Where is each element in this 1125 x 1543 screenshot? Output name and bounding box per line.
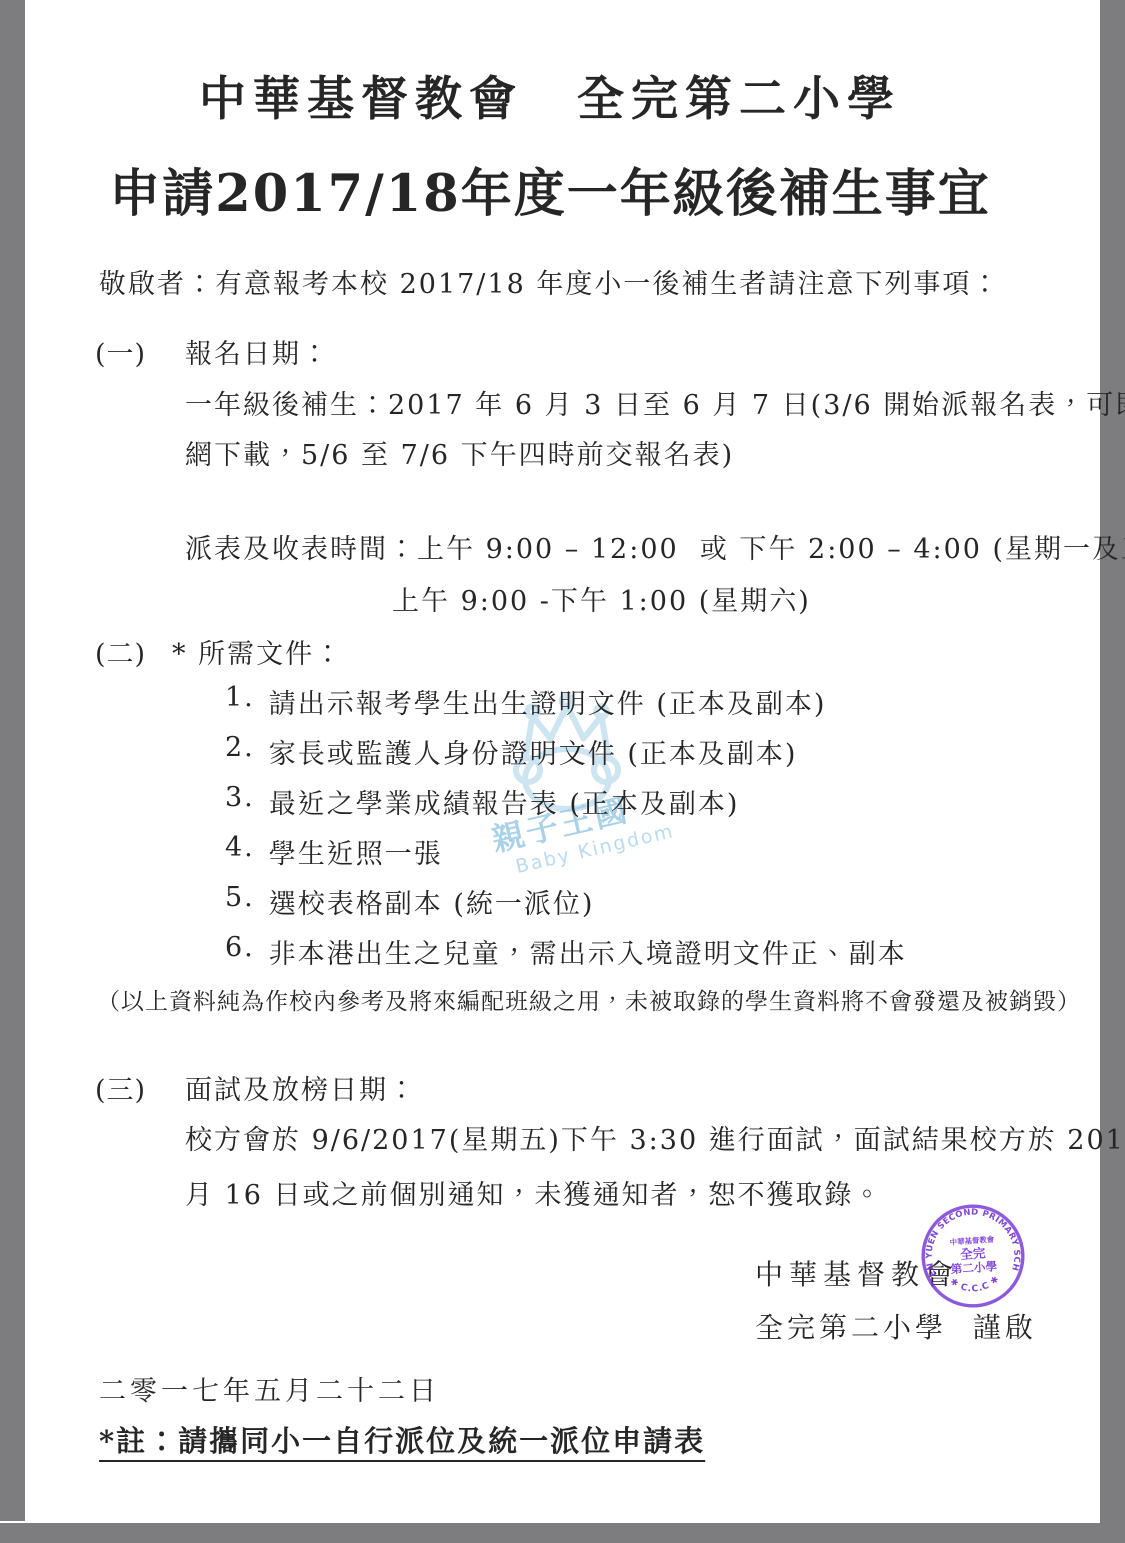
page-title-subject: 申請2017/18年度一年級後補生事宜 [0,152,1100,226]
section1-heading: 報名日期： [185,332,330,371]
document-list-item: 2.家長或監護人身份證明文件 (正本及副本) [225,732,797,771]
section3-paragraph-line2: 月 16 日或之前個別通知，未獲通知者，恕不獲取錄。 [185,1173,883,1212]
section1-paragraph-line1: 一年級後補生：2017 年 6 月 3 日至 6 月 7 日(3/6 開始派報名… [185,383,1125,422]
list-item-number: 3. [225,782,255,821]
watermark-text-en: Baby Kingdom [514,820,677,878]
document-date: 二零一七年五月二十二日 [99,1369,440,1408]
stamp-inner-line1: 中華基督教會 [949,1234,995,1247]
page-title-school-name: 中華基督教會 全完第二小學 [0,62,1100,129]
stamp-inner-line3: 第二小學 [950,1259,998,1276]
scan-border-right [1100,0,1125,1543]
stamp-arc-bottom-text: ✱ C.C.C ✱ [947,1274,1002,1297]
section2-note: （以上資料純為作校內參考及將來編配班級之用，未被取錄的學生資料將不會發還及被銷毀… [97,983,1081,1016]
document-list-item: 6.非本港出生之兒童，需出示入境證明文件正、副本 [225,932,907,971]
section1-time-line1: 派表及收表時間：上午 9:00 – 12:00 或 下午 2:00 – 4:00… [185,527,1125,566]
list-item-text: 家長或監護人身份證明文件 (正本及副本) [269,732,798,771]
salutation-line: 敬啟者：有意報考本校 2017/18 年度小一後補生者請注意下列事項： [99,262,1000,301]
signature-school-line: 全完第二小學 謹啟 [755,1306,1037,1346]
list-item-text: 最近之學業成績報告表 (正本及副本) [269,782,740,821]
list-item-text: 非本港出生之兒童，需出示入境證明文件正、副本 [269,932,907,971]
document-list-item: 3.最近之學業成績報告表 (正本及副本) [225,782,739,821]
scanned-notice-page: 親子王國 Baby Kingdom 中華基督教會 全完第二小學 申請2017/1… [0,0,1125,1543]
list-item-number: 4. [225,832,255,871]
section1-time-line2: 上午 9:00 -下午 1:00 (星期六) [392,579,811,618]
list-item-number: 1. [225,682,255,721]
document-list-item: 5.選校表格副本 (統一派位) [225,882,594,921]
footnote-remark: *註：請攜同小一自行派位及統一派位申請表 [99,1419,705,1460]
list-item-text: 請出示報考學生出生證明文件 (正本及副本) [269,682,827,721]
svg-text:✱ C.C.C ✱: ✱ C.C.C ✱ [947,1274,1002,1297]
section3-paragraph-line1: 校方會於 9/6/2017(星期五)下午 3:30 進行面試，面試結果校方於 2… [185,1118,1125,1157]
document-list-item: 1.請出示報考學生出生證明文件 (正本及副本) [225,682,826,721]
section3-number: (三) [95,1068,146,1107]
list-item-text: 選校表格副本 (統一派位) [269,882,595,921]
section1-paragraph-line2: 網下載，5/6 至 7/6 下午四時前交報名表) [185,433,734,472]
list-item-number: 6. [225,932,255,971]
section1-number: (一) [95,332,146,371]
section2-heading: * 所需文件： [172,632,343,671]
document-list-item: 4.學生近照一張 [225,832,443,871]
section3-heading: 面試及放榜日期： [185,1068,417,1107]
list-item-number: 5. [225,882,255,921]
section2-number: (二) [95,632,146,671]
school-stamp-icon: CHUEN YUEN SECOND PRIMARY SCHOOL ✱ C.C.C… [916,1199,1029,1312]
scan-border-left [0,0,25,1521]
list-item-number: 2. [225,732,255,771]
list-item-text: 學生近照一張 [269,832,443,871]
scan-border-bottom [0,1523,1125,1543]
